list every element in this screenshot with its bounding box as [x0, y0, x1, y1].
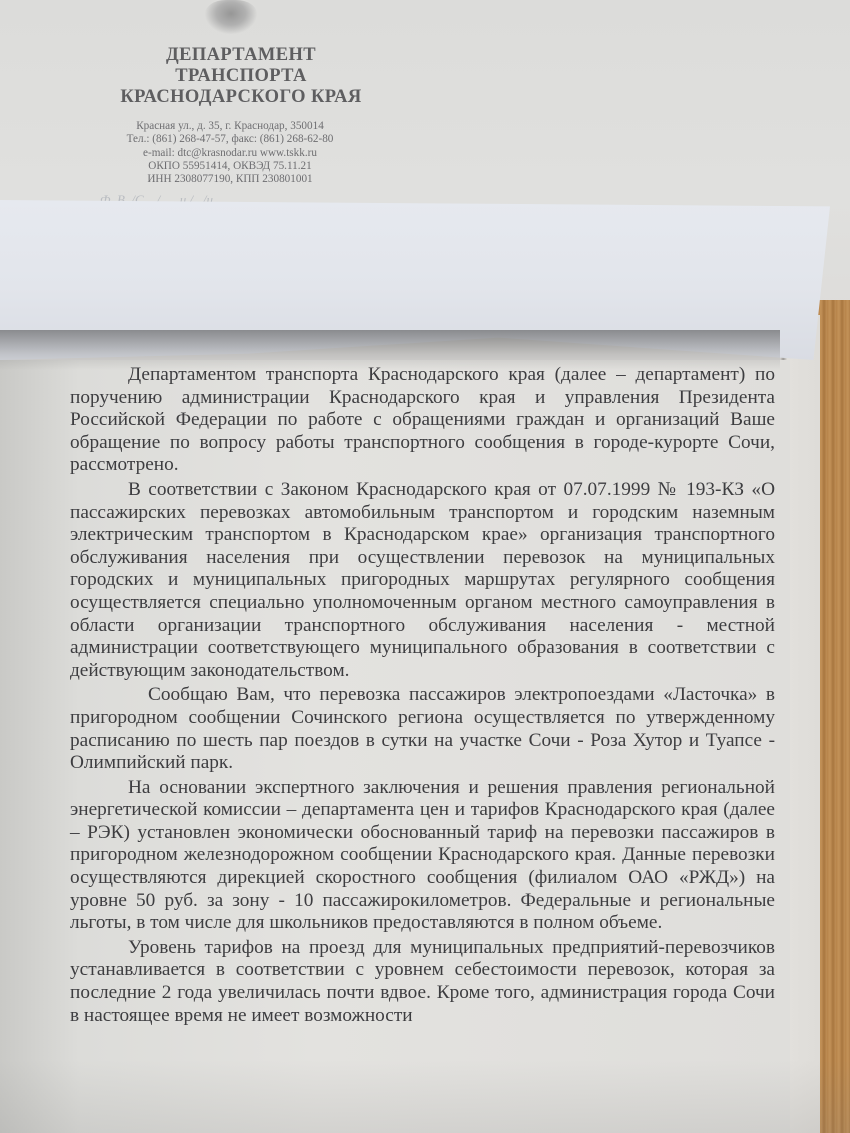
paragraph-3: Сообщаю Вам, что перевозка пассажиров эл… [70, 684, 775, 774]
letter-body-text: Департаментом транспорта Краснодарского … [70, 364, 775, 1027]
org-email-web: e-mail: dtc@krasnodar.ru www.tskk.ru [80, 147, 380, 160]
coat-of-arms-icon [205, 0, 257, 34]
paragraph-5: Уровень тарифов на проезд для муниципаль… [70, 937, 775, 1027]
org-phone-fax: Тел.: (861) 268-47-57, факс: (861) 268-6… [80, 133, 380, 146]
org-address: Красная ул., д. 35, г. Краснодар, 350014 [80, 120, 380, 133]
org-inn-kpp: ИНН 2308077190, КПП 230801001 [80, 173, 380, 186]
paragraph-4: На основании экспертного заключения и ре… [70, 777, 775, 935]
paragraph-1: Департаментом транспорта Краснодарского … [70, 364, 775, 477]
wooden-table-surface [818, 300, 850, 1133]
org-name-line-1: ДЕПАРТАМЕНТ [96, 45, 386, 66]
bottom-shadow [0, 1060, 850, 1133]
org-name-line-3: КРАСНОДАРСКОГО КРАЯ [96, 87, 386, 108]
organization-name: ДЕПАРТАМЕНТ ТРАНСПОРТА КРАСНОДАРСКОГО КР… [96, 45, 386, 108]
paragraph-2: В соответствии с Законом Краснодарского … [70, 479, 775, 682]
org-name-line-2: ТРАНСПОРТА [96, 66, 386, 87]
organization-details: Красная ул., д. 35, г. Краснодар, 350014… [80, 120, 380, 186]
org-okpo-okved: ОКПО 55951414, ОКВЭД 75.11.21 [80, 160, 380, 173]
